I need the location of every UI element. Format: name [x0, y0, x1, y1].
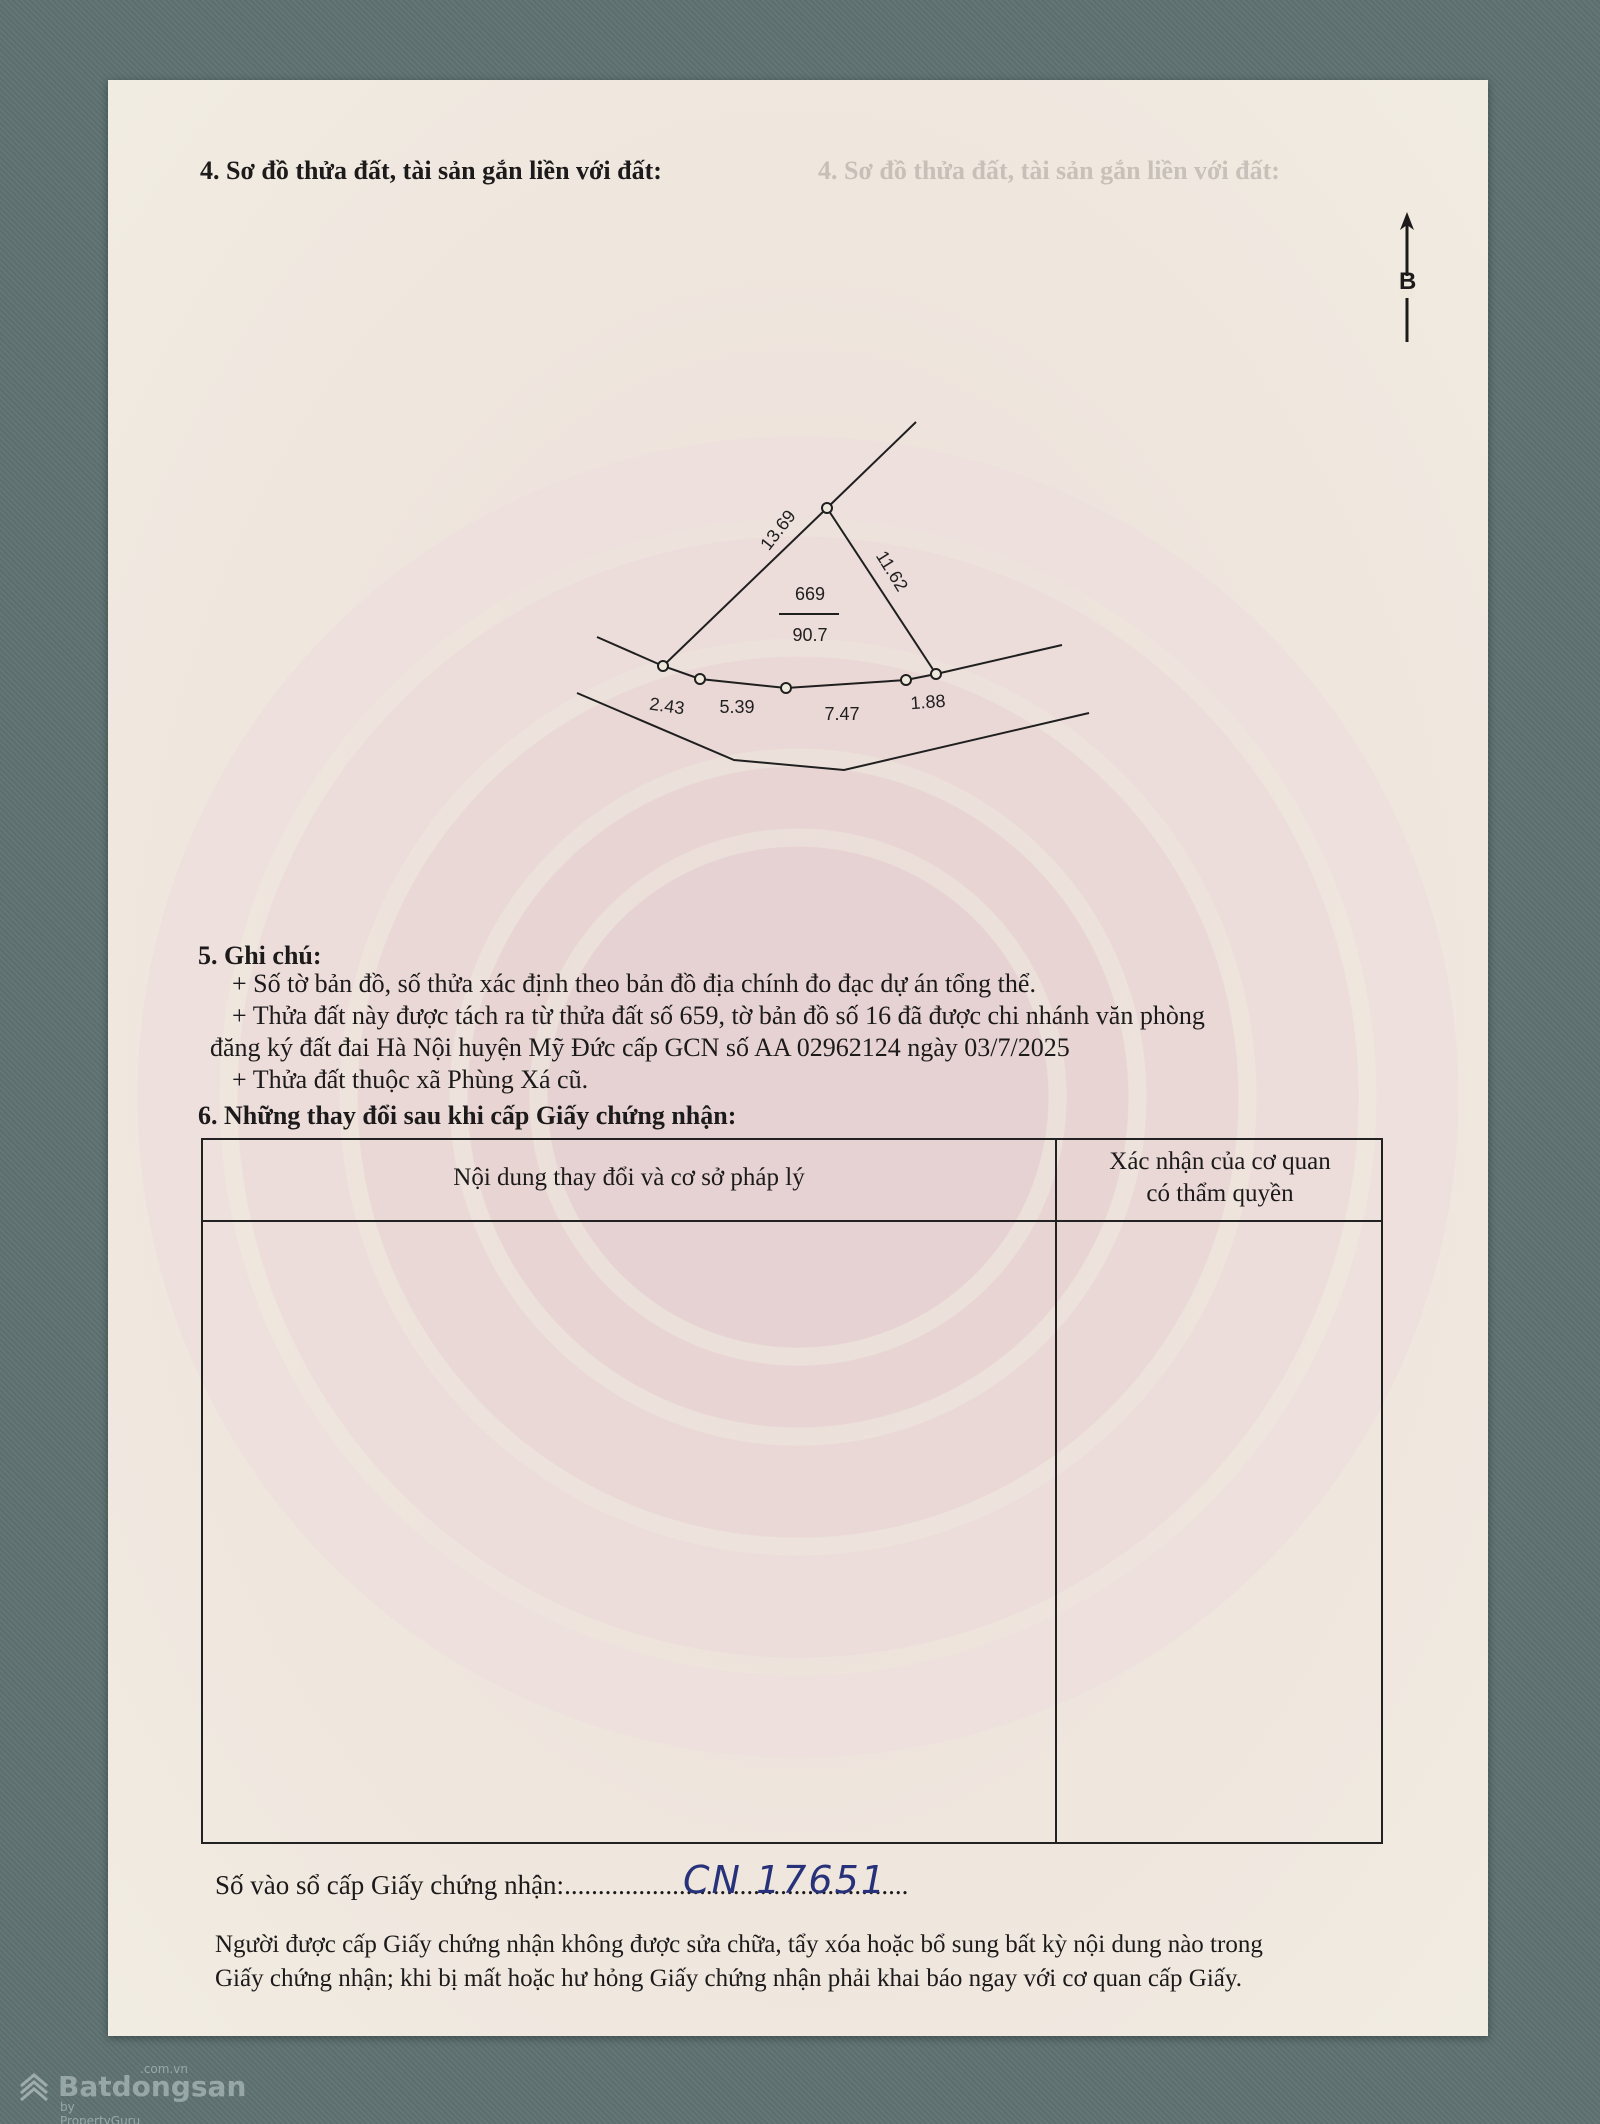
- disclaimer-line: Giấy chứng nhận; khi bị mất hoặc hư hỏng…: [215, 1962, 1242, 1996]
- note-line: + Thửa đất thuộc xã Phùng Xá cũ.: [232, 1064, 588, 1096]
- registration-label: Số vào sổ cấp Giấy chứng nhận:: [215, 1870, 564, 1900]
- house-logo-icon: [18, 2070, 50, 2102]
- disclaimer-line: Người được cấp Giấy chứng nhận không đượ…: [215, 1928, 1263, 1962]
- changes-table: Nội dung thay đổi và cơ sở pháp lý Xác n…: [201, 1138, 1383, 1844]
- header-line: có thẩm quyền: [1057, 1178, 1383, 1210]
- note-line: + Số tờ bản đồ, số thửa xác định theo bả…: [232, 968, 1036, 1000]
- watermark-tld: .com.vn: [140, 2062, 188, 2076]
- note-line: đăng ký đất đai Hà Nội huyện Mỹ Đức cấp …: [210, 1032, 1070, 1064]
- note-line: + Thửa đất này được tách ra từ thửa đất …: [232, 1000, 1205, 1032]
- column-header-content: Nội dung thay đổi và cơ sở pháp lý: [203, 1162, 1055, 1194]
- section6-title: 6. Những thay đổi sau khi cấp Giấy chứng…: [198, 1100, 736, 1132]
- section4-title: 4. Sơ đồ thửa đất, tài sản gắn liền với …: [200, 156, 662, 186]
- column-divider: [1055, 1140, 1057, 1842]
- column-header-confirmation: Xác nhận của cơ quan có thẩm quyền: [1057, 1146, 1383, 1210]
- north-label: B: [1399, 268, 1416, 296]
- ghost-print-title: 4. Sơ đồ thửa đất, tài sản gắn liền với …: [818, 156, 1280, 186]
- registration-number-handwritten: CN 17651: [683, 1858, 887, 1902]
- watermark-sub: by PropertyGuru: [60, 2100, 140, 2124]
- header-line: Xác nhận của cơ quan: [1057, 1146, 1383, 1178]
- header-divider: [203, 1220, 1381, 1222]
